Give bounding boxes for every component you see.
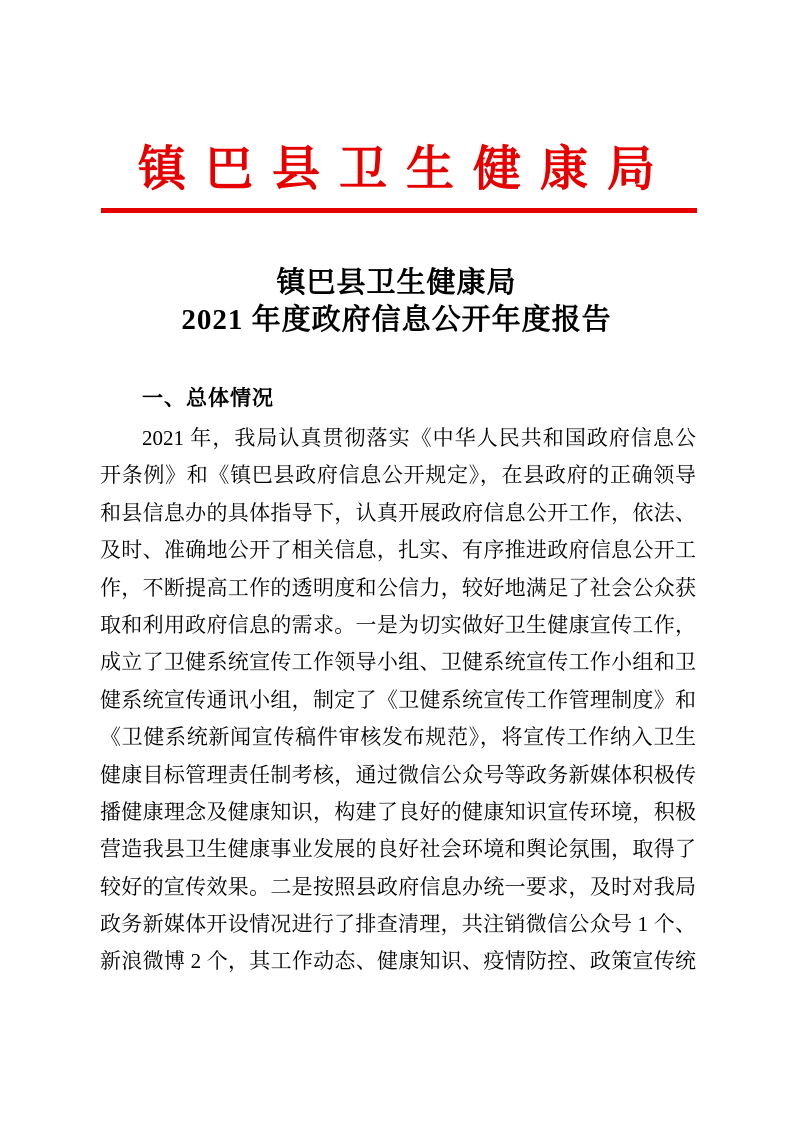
document-title-line2: 2021 年度政府信息公开年度报告 (0, 302, 793, 339)
body-line: 及时、准确地公开了相关信息，扎实、有序推进政府信息公开工 (100, 532, 696, 569)
body-line: 健系统宣传通讯小组，制定了《卫健系统宣传工作管理制度》和 (100, 682, 696, 719)
body-line: 政务新媒体开设情况进行了排查清理，共注销微信公众号 1 个、 (100, 906, 696, 943)
body-line: 成立了卫健系统宣传工作领导小组、卫健系统宣传工作小组和卫 (100, 644, 696, 681)
body-line: 较好的宣传效果。二是按照县政府信息办统一要求，及时对我局 (100, 869, 696, 906)
body-line: 开条例》和《镇巴县政府信息公开规定》，在县政府的正确领导 (100, 457, 696, 494)
body-line: 健康目标管理责任制考核，通过微信公众号等政务新媒体积极传 (100, 757, 696, 794)
body-paragraph: 2021 年，我局认真贯彻落实《中华人民共和国政府信息公 开条例》和《镇巴县政府… (100, 420, 696, 981)
document-title-line1: 镇巴县卫生健康局 (0, 265, 793, 302)
body-line: 和县信息办的具体指导下，认真开展政府信息公开工作，依法、 (100, 495, 696, 532)
body-line: 2021 年，我局认真贯彻落实《中华人民共和国政府信息公 (100, 420, 696, 457)
body-line: 《卫健系统新闻宣传稿件审核发布规范》，将宣传工作纳入卫生 (100, 719, 696, 756)
body-line: 营造我县卫生健康事业发展的良好社会环境和舆论氛围，取得了 (100, 831, 696, 868)
letterhead-title: 镇巴县卫生健康局 (0, 140, 793, 200)
body-line: 作，不断提高工作的透明度和公信力，较好地满足了社会公众获 (100, 570, 696, 607)
section-heading: 一、总体情况 (100, 384, 696, 414)
document-title: 镇巴县卫生健康局 2021 年度政府信息公开年度报告 (0, 265, 793, 339)
document-page: 镇巴县卫生健康局 镇巴县卫生健康局 2021 年度政府信息公开年度报告 一、总体… (0, 0, 793, 1122)
body-line: 播健康理念及健康知识，构建了良好的健康知识宣传环境，积极 (100, 794, 696, 831)
letterhead-divider-rule (101, 208, 697, 213)
body-line: 取和利用政府信息的需求。一是为切实做好卫生健康宣传工作， (100, 607, 696, 644)
body-line: 新浪微博 2 个，其工作动态、健康知识、疫情防控、政策宣传统 (100, 943, 696, 980)
